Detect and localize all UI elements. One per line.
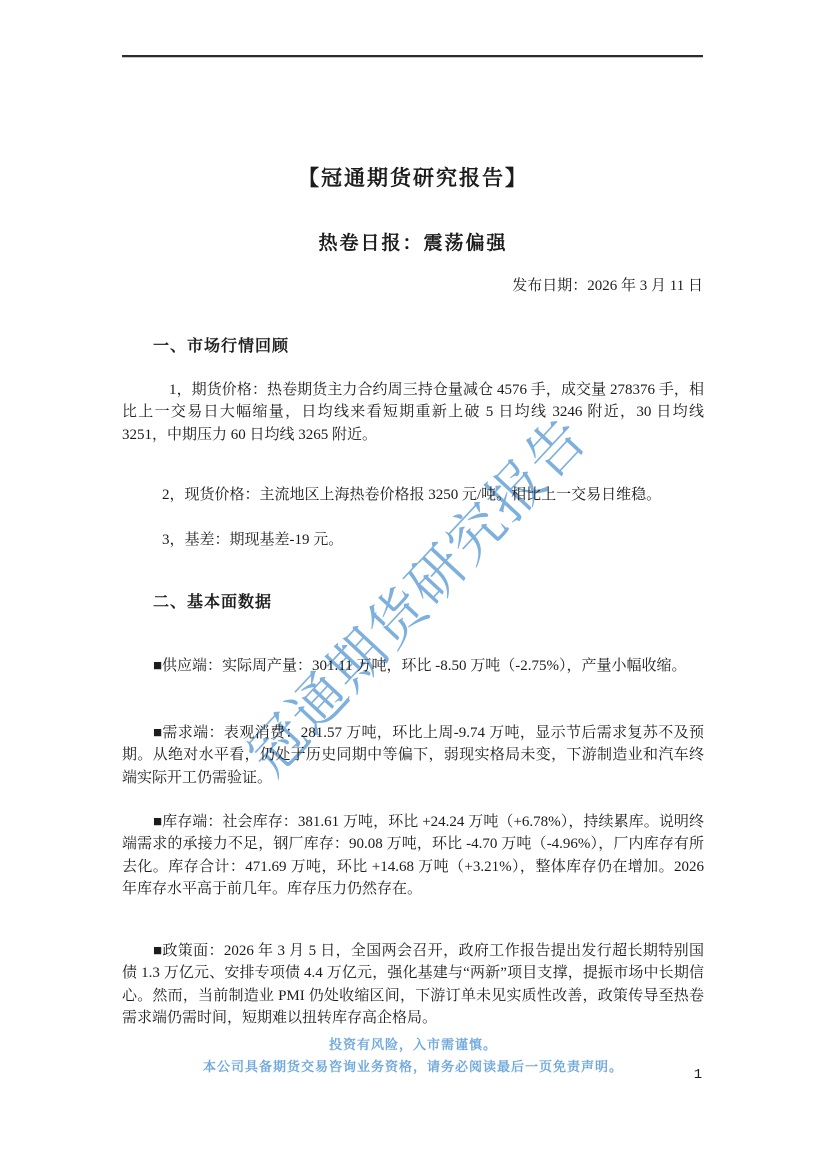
report-title: 【冠通期货研究报告】: [0, 162, 826, 192]
section-heading-market-review: 一、市场行情回顾: [122, 333, 703, 356]
para-inventory: ■库存端：社会库存：381.61 万吨，环比 +24.24 万吨（+6.78%）…: [122, 811, 704, 901]
page-number: 1: [688, 1067, 708, 1083]
para-futures-price: 1，期货价格：热卷期货主力合约周三持仓量减仓 4576 手，成交量 278376…: [122, 379, 704, 446]
para-policy: ■政策面：2026 年 3 月 5 日，全国两会召开，政府工作报告提出发行超长期…: [122, 940, 704, 1030]
report-page: 冠通期货研究报告 【冠通期货研究报告】 热卷日报：震荡偏强 发布日期：2026 …: [0, 0, 826, 1169]
report-subtitle: 热卷日报：震荡偏强: [0, 228, 826, 255]
section-heading-fundamentals: 二、基本面数据: [122, 589, 703, 612]
para-basis: 3，基差：期现基差-19 元。: [122, 529, 704, 551]
page-content: 【冠通期货研究报告】 热卷日报：震荡偏强 发布日期：2026 年 3 月 11 …: [0, 0, 826, 1169]
publish-date: 发布日期：2026 年 3 月 11 日: [122, 274, 703, 295]
para-spot-price: 2，现货价格：主流地区上海热卷价格报 3250 元/吨。相比上一交易日维稳。: [122, 484, 704, 506]
para-demand: ■需求端：表观消费：281.57 万吨，环比上周-9.74 万吨，显示节后需求复…: [122, 722, 704, 789]
footer-risk-warning: 投资有风险，入市需谨慎。: [0, 1034, 826, 1053]
para-supply: ■供应端：实际周产量：301.11 万吨，环比 -8.50 万吨（-2.75%）…: [122, 655, 704, 677]
header-rule: [122, 55, 703, 58]
